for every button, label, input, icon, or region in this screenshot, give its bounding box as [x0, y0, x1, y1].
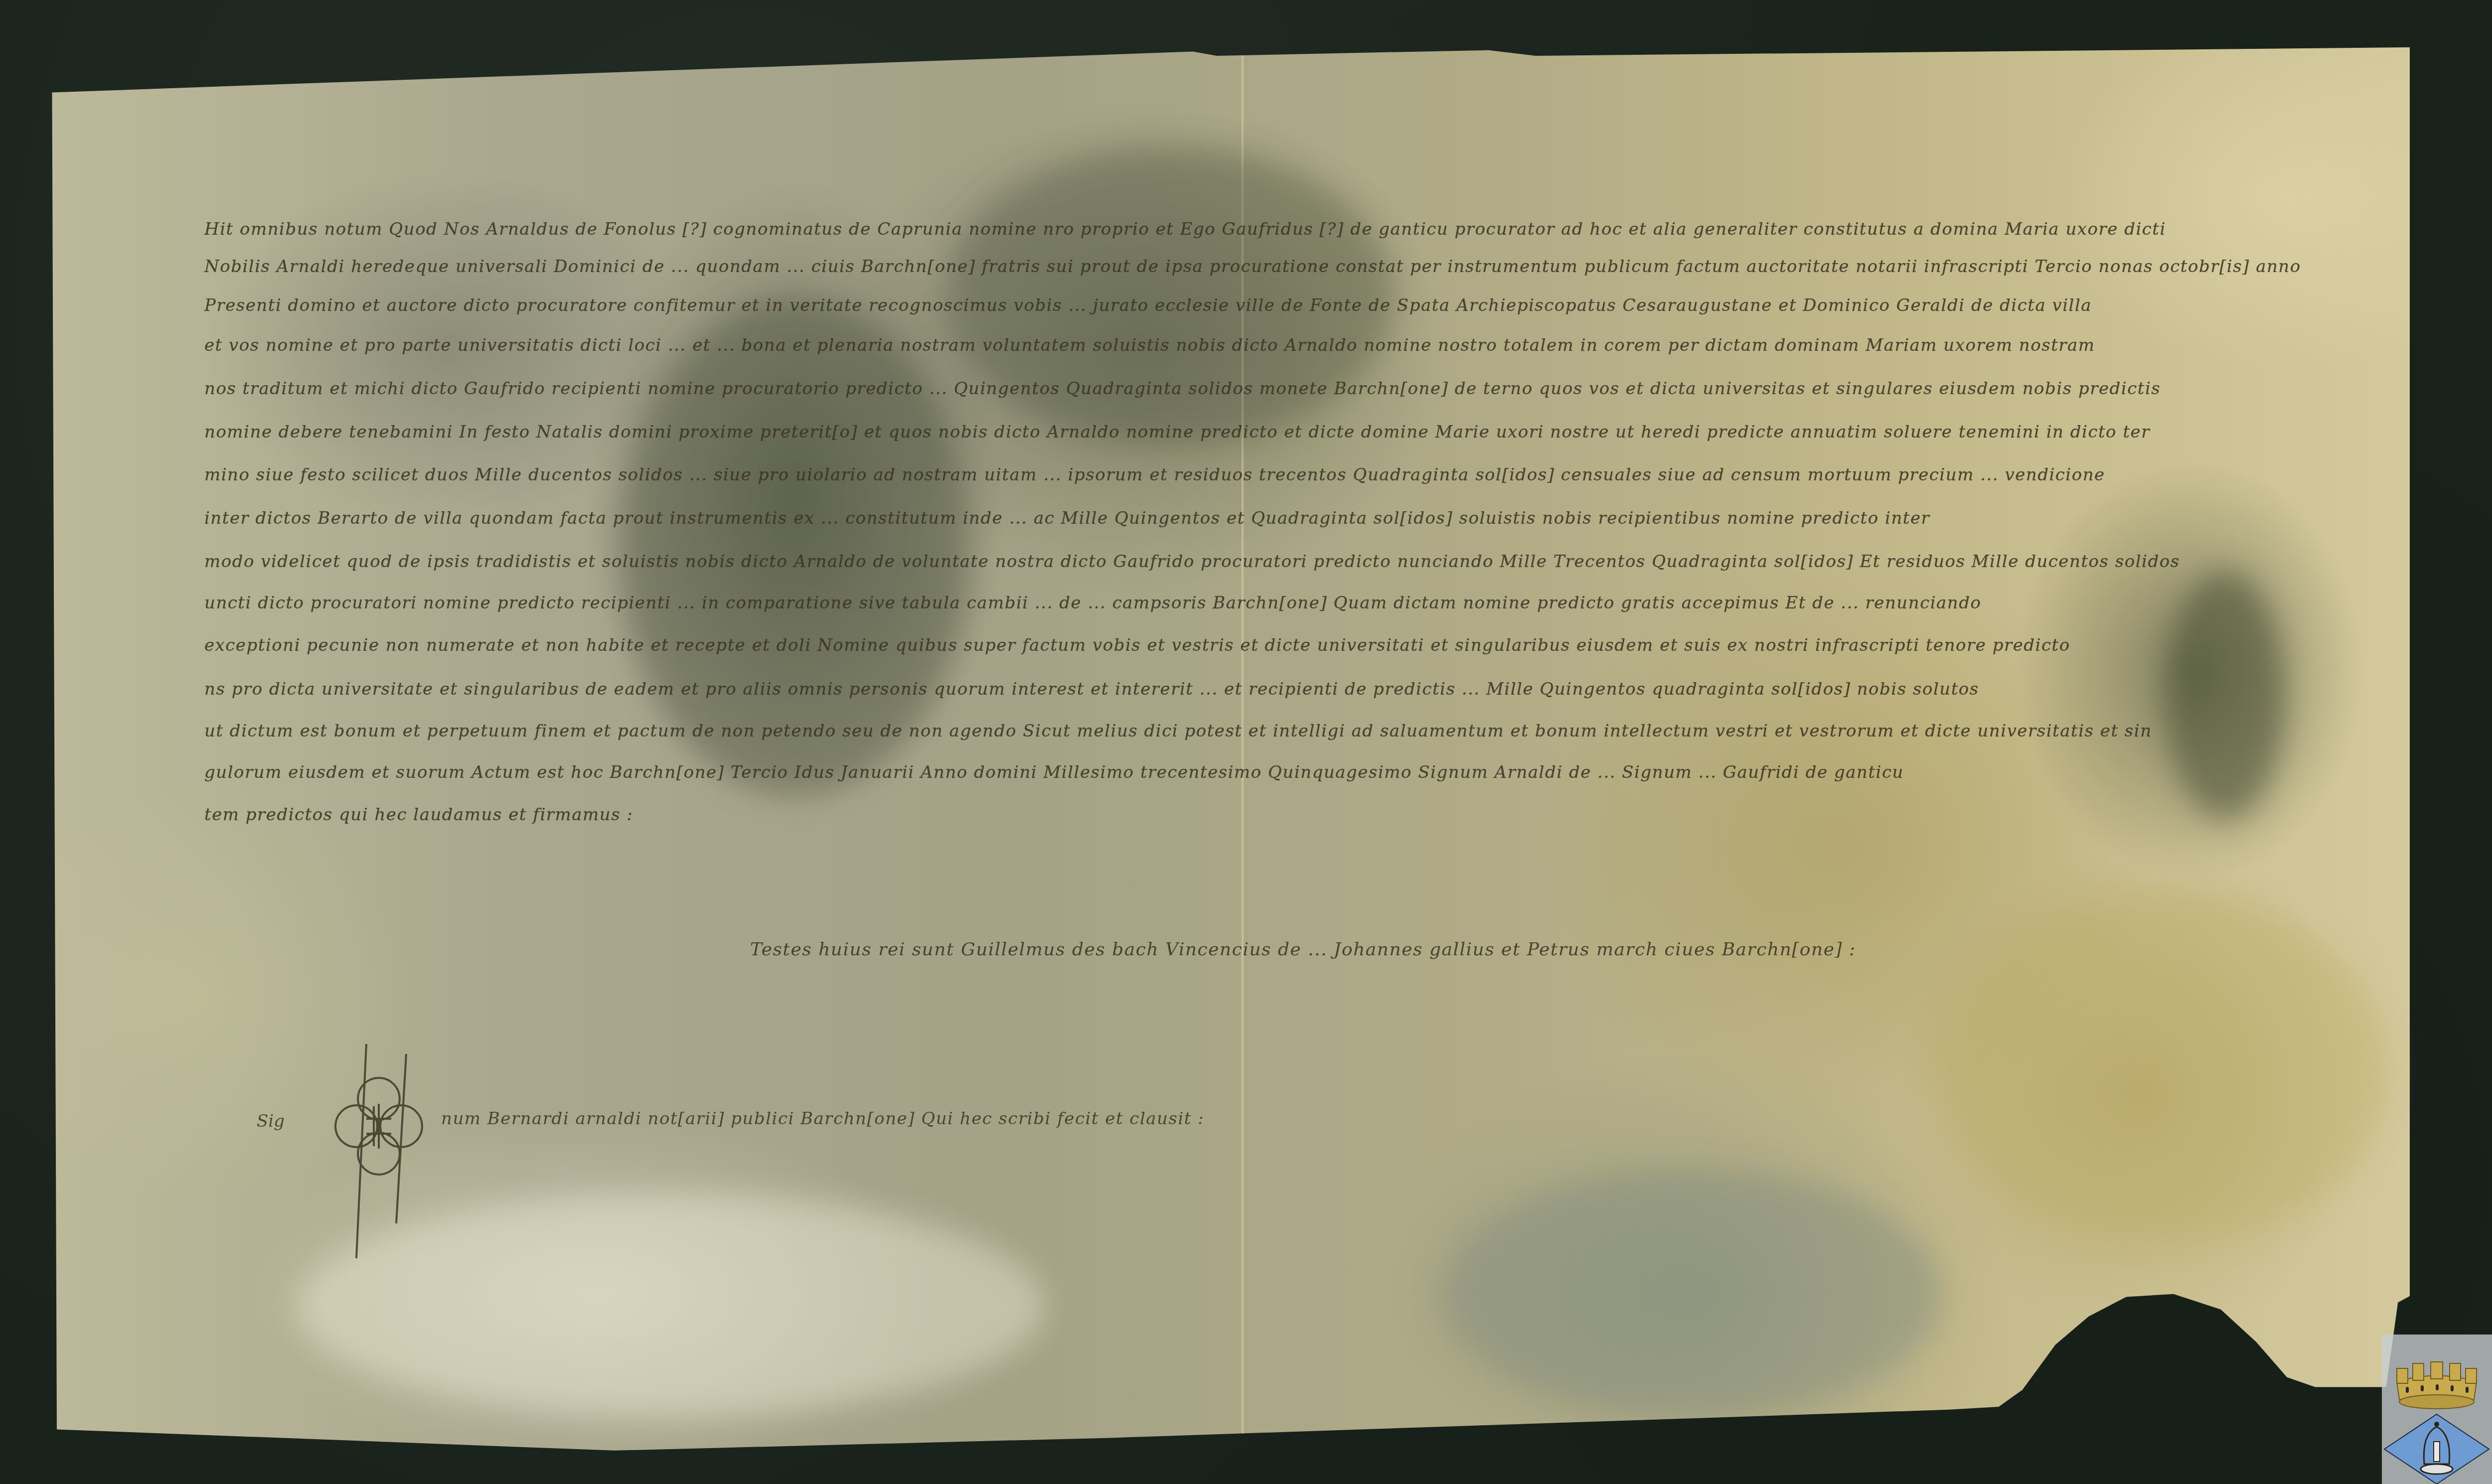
text-line-15: tem predictos qui hec laudamus et firmam…: [204, 805, 633, 825]
coat-of-arms-icon: [2382, 1335, 2492, 1484]
signum-prefix: Sig: [257, 1111, 285, 1131]
text-line-7: mino siue festo scilicet duos Mille duce…: [204, 465, 2105, 485]
mural-crown-icon: [2397, 1362, 2477, 1409]
text-line-11: exceptioni pecunie non numerate et non h…: [204, 635, 2070, 655]
text-line-8: inter dictos Berarto de villa quondam fa…: [204, 508, 1930, 528]
grey-stain: [1443, 1169, 1941, 1418]
yellow-patch: [1941, 894, 2390, 1243]
text-line-1: Hit omnibus notum Quod Nos Arnaldus de F…: [204, 219, 2166, 239]
coat-of-arms-watermark: [2382, 1335, 2492, 1484]
text-line-3: Presenti domino et auctore dicto procura…: [204, 296, 2092, 315]
text-line-13: ut dictum est bonum et perpetuum finem e…: [204, 721, 2152, 741]
text-line-12: ns pro dicta universitate et singularibu…: [204, 679, 1979, 699]
notary-subscription: num Bernardi arnaldi not[arii] publici B…: [441, 1109, 1204, 1129]
text-line-5: nos traditum et michi dicto Gaufrido rec…: [204, 379, 2161, 399]
text-line-2: Nobilis Arnaldi heredeque universali Dom…: [204, 257, 2301, 277]
lozenge-shield-icon: [2384, 1414, 2489, 1484]
witnesses-line: Testes huius rei sunt Guillelmus des bac…: [750, 939, 1856, 960]
text-line-6: nomine debere tenebamini In festo Natali…: [204, 422, 2150, 442]
text-line-14: gulorum eiusdem et suorum Actum est hoc …: [204, 762, 1904, 782]
text-line-4: et vos nomine et pro parte universitatis…: [204, 335, 2095, 355]
parchment-sheet: Hit omnibus notum Quod Nos Arnaldus de F…: [47, 47, 2410, 1458]
text-line-9: modo videlicet quod de ipsis tradidistis…: [204, 552, 2180, 572]
text-line-10: uncti dicto procuratori nomine predicto …: [204, 593, 1981, 613]
dark-stain: [2166, 571, 2285, 820]
notarial-sign-icon: [326, 1034, 436, 1263]
dark-stain: [621, 297, 969, 795]
